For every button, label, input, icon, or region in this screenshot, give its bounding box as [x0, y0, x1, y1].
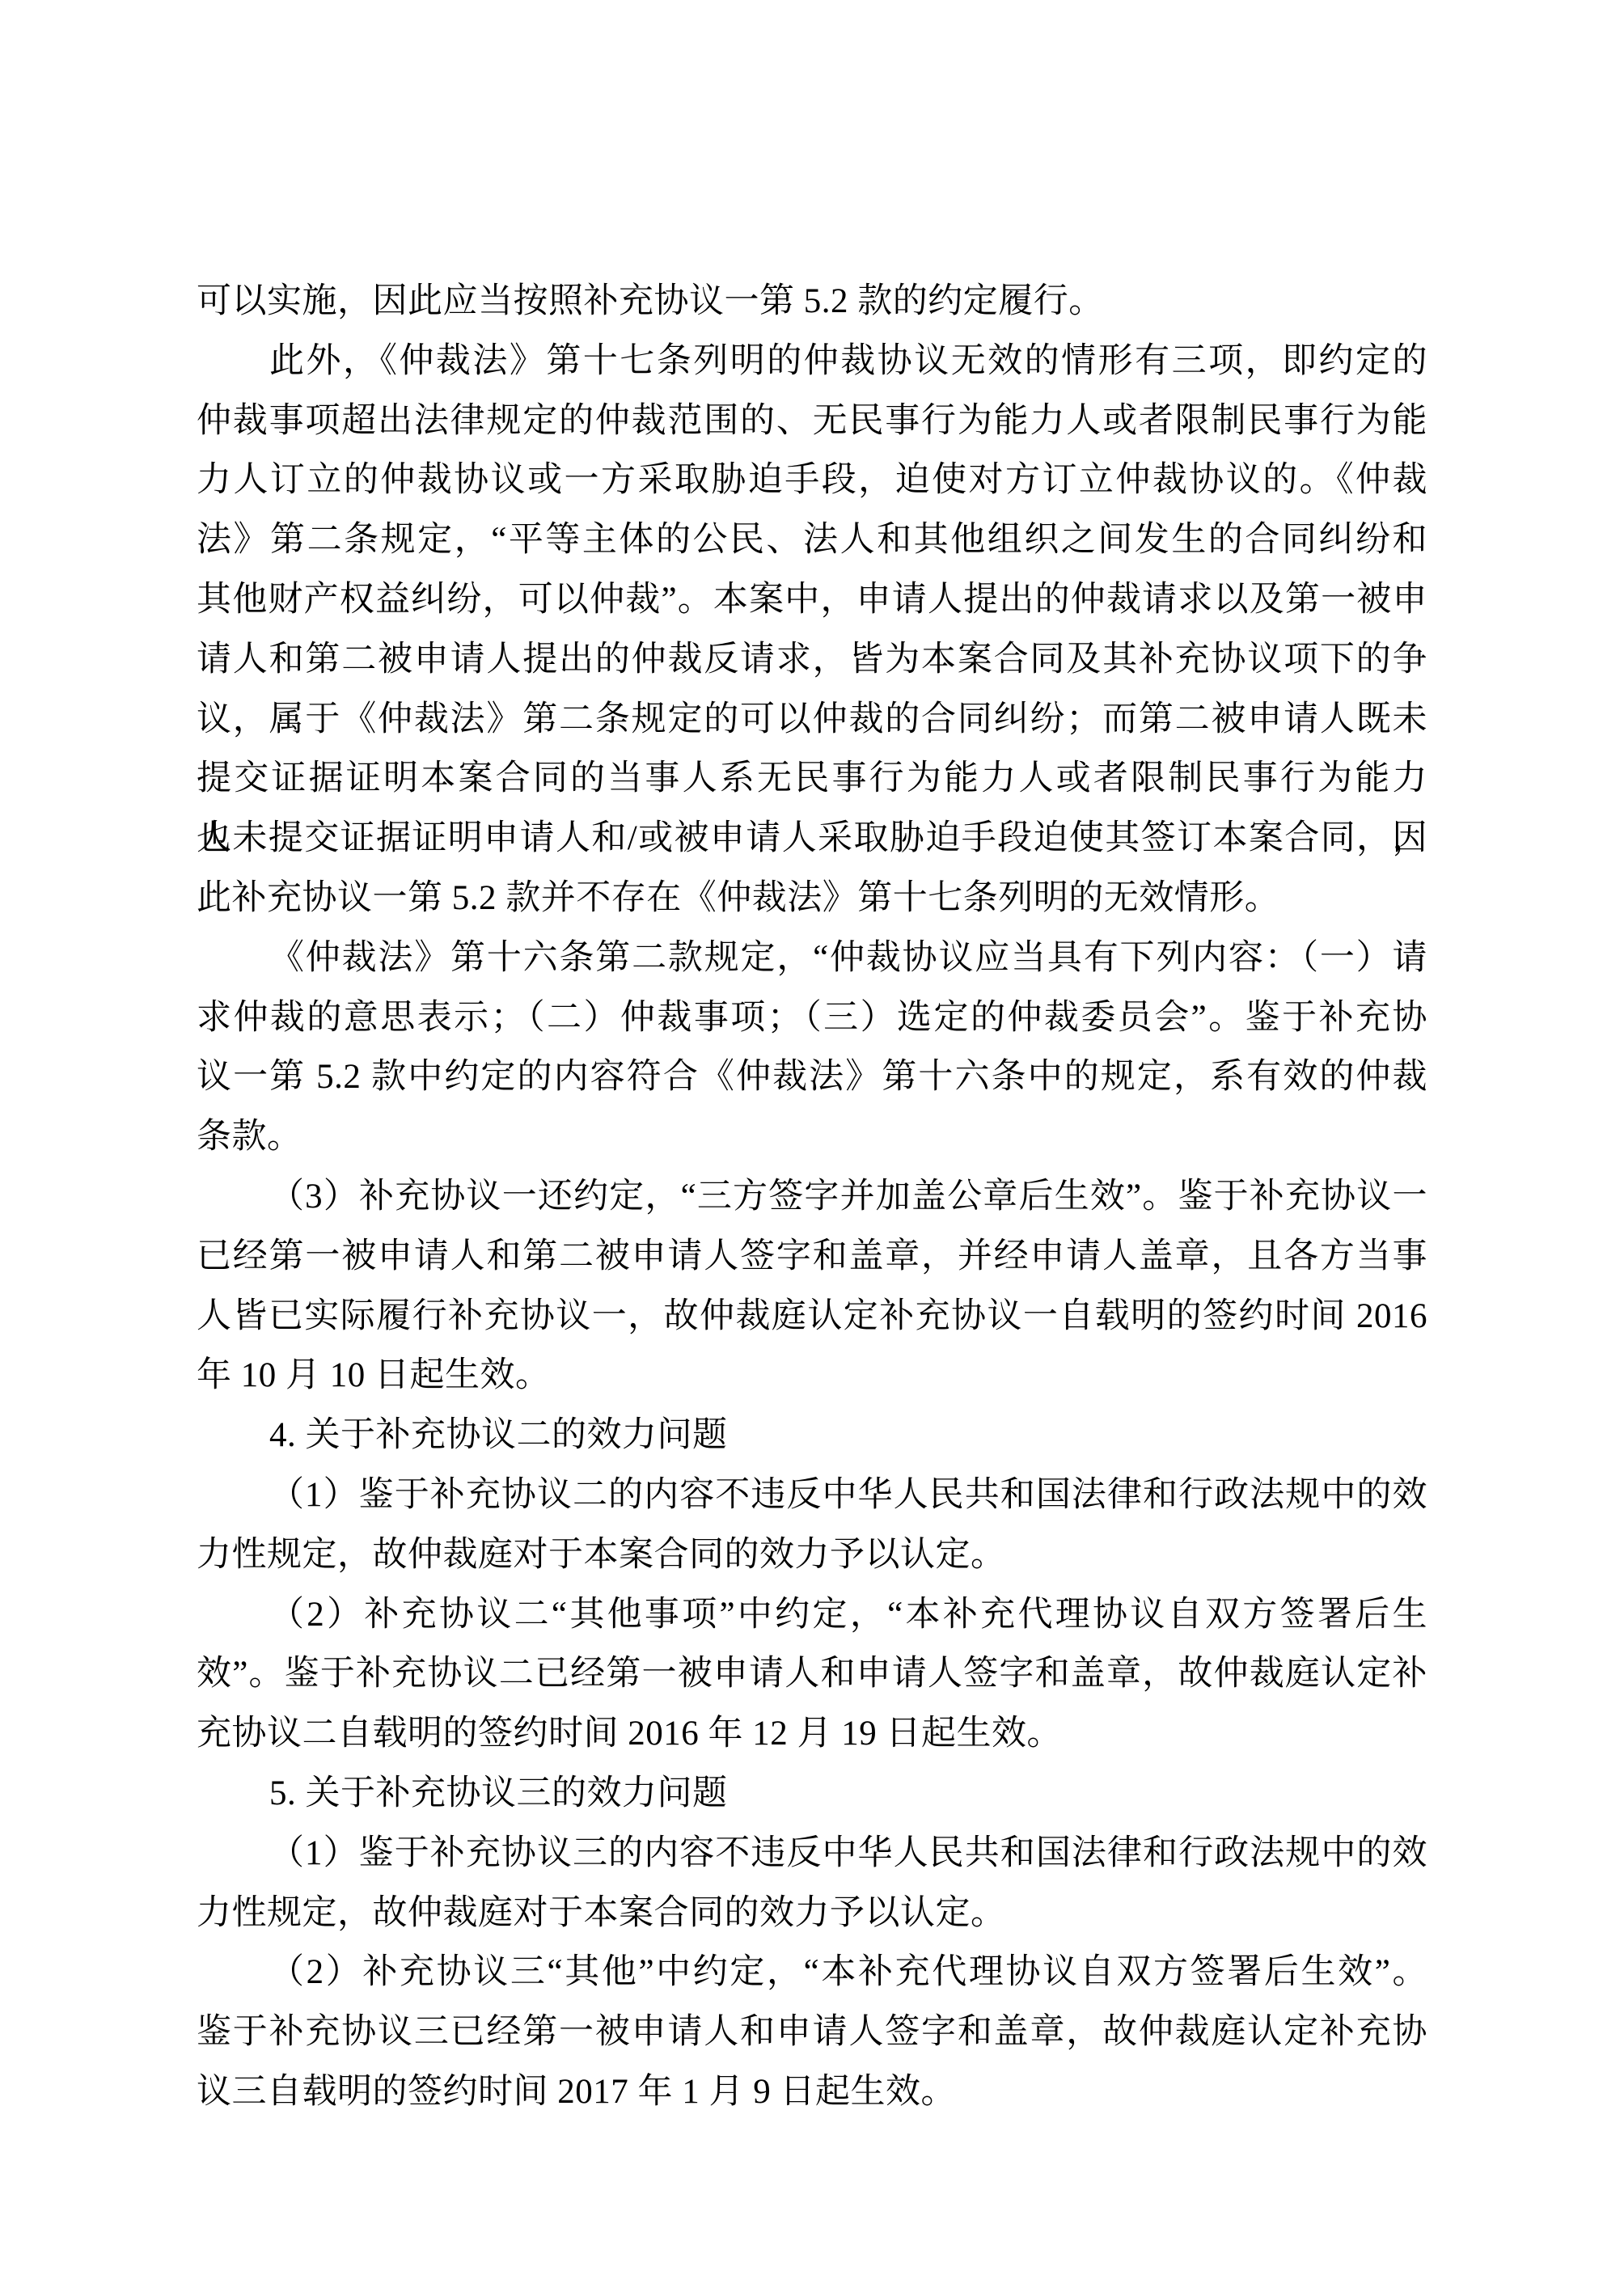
text-line: 已经第一被申请人和第二被申请人签字和盖章，并经申请人盖章，且各方当事: [197, 1227, 1427, 1287]
text-line: 其他财产权益纠纷，可以仲裁”。本案中，申请人提出的仲裁请求以及第一被申: [197, 570, 1427, 630]
text-line: 仲裁事项超出法律规定的仲裁范围的、无民事行为能力人或者限制民事行为能: [197, 391, 1427, 451]
text-line: 议，属于《仲裁法》第二条规定的可以仲裁的合同纠纷；而第二被申请人既未: [197, 690, 1427, 750]
text-line: 条款。: [197, 1107, 1427, 1167]
text-line: （2）补充协议二“其他事项”中约定，“本补充代理协议自双方签署后生: [197, 1585, 1427, 1645]
text-line: 可以实施，因此应当按照补充协议一第 5.2 款的约定履行。: [197, 272, 1427, 332]
text-line: 鉴于补充协议三已经第一被申请人和申请人签字和盖章，故仲裁庭认定补充协: [197, 2002, 1427, 2062]
text-line: （3）补充协议一还约定，“三方签字并加盖公章后生效”。鉴于补充协议一: [197, 1167, 1427, 1227]
text-line: 此外，《仲裁法》第十七条列明的仲裁协议无效的情形有三项，即约定的: [197, 332, 1427, 391]
text-line: 请人和第二被申请人提出的仲裁反请求，皆为本案合同及其补充协议项下的争: [197, 630, 1427, 690]
text-line: 求仲裁的意思表示；（二）仲裁事项；（三）选定的仲裁委员会”。鉴于补充协: [197, 988, 1427, 1048]
text-line: 力性规定，故仲裁庭对于本案合同的效力予以认定。: [197, 1884, 1427, 1943]
text-line: 人皆已实际履行补充协议一，故仲裁庭认定补充协议一自载明的签约时间 2016: [197, 1287, 1427, 1347]
text-line: （1）鉴于补充协议三的内容不违反中华人民共和国法律和行政法规中的效: [197, 1824, 1427, 1884]
text-line: （2）补充协议三“其他”中约定，“本补充代理协议自双方签署后生效”。: [197, 1943, 1427, 2002]
text-block: 可以实施，因此应当按照补充协议一第 5.2 款的约定履行。 此外，《仲裁法》第十…: [197, 272, 1427, 2122]
text-line: 提交证据证明本案合同的当事人系无民事行为能力人或者限制民事行为能力人，: [197, 749, 1427, 809]
text-line: 年 10 月 10 日起生效。: [197, 1346, 1427, 1406]
text-line: 也未提交证据证明申请人和/或被申请人采取胁迫手段迫使其签订本案合同，因: [197, 809, 1427, 869]
text-line: （1）鉴于补充协议二的内容不违反中华人民共和国法律和行政法规中的效: [197, 1465, 1427, 1525]
text-line: 力性规定，故仲裁庭对于本案合同的效力予以认定。: [197, 1525, 1427, 1585]
text-line: 此补充协议一第 5.2 款并不存在《仲裁法》第十七条列明的无效情形。: [197, 869, 1427, 928]
text-line: 《仲裁法》第十六条第二款规定，“仲裁协议应当具有下列内容：（一）请: [197, 928, 1427, 988]
text-line: 议一第 5.2 款中约定的内容符合《仲裁法》第十六条中的规定，系有效的仲裁: [197, 1047, 1427, 1107]
document-page: 可以实施，因此应当按照补充协议一第 5.2 款的约定履行。 此外，《仲裁法》第十…: [0, 0, 1624, 2292]
section-heading-line: 5. 关于补充协议三的效力问题: [197, 1764, 1427, 1824]
section-heading-line: 4. 关于补充协议二的效力问题: [197, 1406, 1427, 1465]
text-line: 议三自载明的签约时间 2017 年 1 月 9 日起生效。: [197, 2062, 1427, 2122]
text-line: 充协议二自载明的签约时间 2016 年 12 月 19 日起生效。: [197, 1704, 1427, 1764]
text-line: 力人订立的仲裁协议或一方采取胁迫手段，迫使对方订立仲裁协议的。《仲裁: [197, 450, 1427, 510]
text-line: 法》第二条规定，“平等主体的公民、法人和其他组织之间发生的合同纠纷和: [197, 510, 1427, 570]
text-line: 效”。鉴于补充协议二已经第一被申请人和申请人签字和盖章，故仲裁庭认定补: [197, 1644, 1427, 1704]
